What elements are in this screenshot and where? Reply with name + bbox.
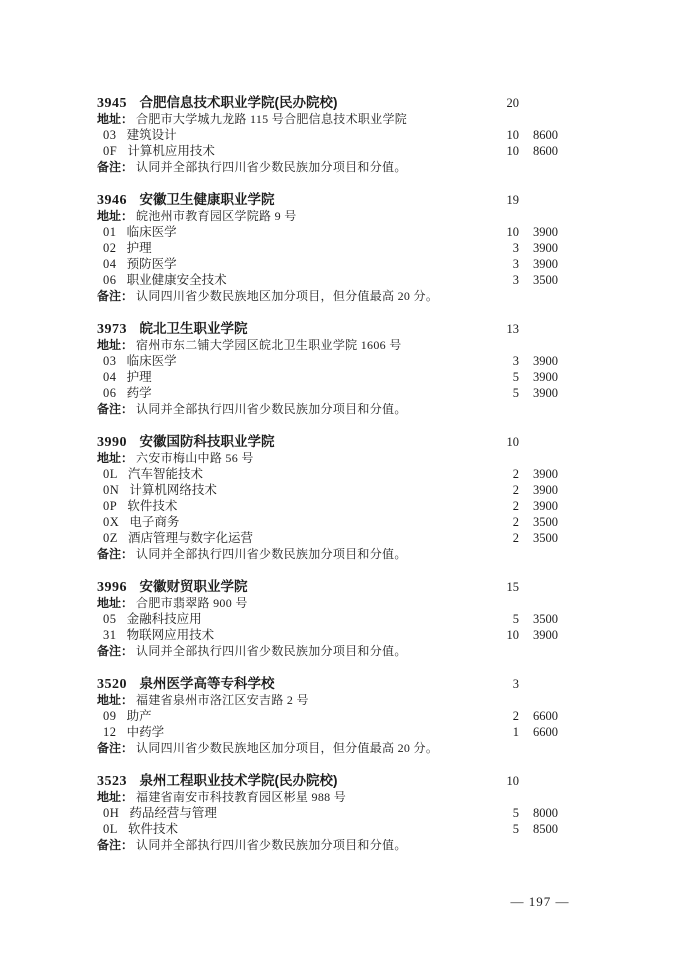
- major-fee: 3500: [494, 530, 558, 546]
- major-code: 09: [103, 709, 117, 723]
- major-fee: 3900: [494, 482, 558, 498]
- college-block: 3523 泉州工程职业技术学院(民办院校) 10 地址： 福建省南安市科技教育园…: [0, 773, 680, 853]
- major-row: 01 临床医学 10 3900: [0, 224, 680, 240]
- major-code: 04: [103, 257, 117, 271]
- address-text: 福建省泉州市洛江区安吉路 2 号: [136, 693, 309, 707]
- major-row: 0F 计算机应用技术 10 8600: [0, 143, 680, 159]
- major-row: 0P 软件技术 2 3900: [0, 498, 680, 514]
- major-fee: 6600: [494, 708, 558, 724]
- major-list: 03 临床医学 3 3900 04 护理 5 3900 06 药学 5 3900: [0, 353, 680, 401]
- major-code: 0H: [103, 806, 119, 820]
- major-fee: 3900: [494, 240, 558, 256]
- major-fee: 6600: [494, 724, 558, 740]
- address-row: 地址： 皖池州市教育园区学院路 9 号: [0, 208, 680, 224]
- address-text: 合肥市翡翠路 900 号: [136, 596, 248, 610]
- address-row: 地址： 合肥市大学城九龙路 115 号合肥信息技术职业学院: [0, 111, 680, 127]
- remark-text: 认同并全部执行四川省少数民族加分项目和分值。: [136, 547, 407, 561]
- college-name: 安徽国防科技职业学院: [140, 434, 275, 449]
- address-label: 地址：: [97, 451, 133, 465]
- college-title-row: 3945 合肥信息技术职业学院(民办院校) 20: [0, 95, 680, 111]
- major-fee: 3900: [494, 498, 558, 514]
- major-fee: 3900: [494, 256, 558, 272]
- address-label: 地址：: [97, 338, 133, 352]
- college-name: 安徽卫生健康职业学院: [140, 192, 275, 207]
- major-code: 03: [103, 128, 117, 142]
- major-code: 0Z: [103, 531, 118, 545]
- major-row: 06 职业健康安全技术 3 3500: [0, 272, 680, 288]
- major-row: 0N 计算机网络技术 2 3900: [0, 482, 680, 498]
- remark-label: 备注：: [97, 402, 133, 416]
- college-code: 3523: [97, 774, 127, 789]
- college-name: 皖北卫生职业学院: [140, 321, 248, 336]
- college-total-quota: 3: [455, 676, 519, 692]
- major-list: 05 金融科技应用 5 3500 31 物联网应用技术 10 3900: [0, 611, 680, 643]
- address-label: 地址：: [97, 790, 133, 804]
- major-code: 02: [103, 241, 117, 255]
- college-block: 3973 皖北卫生职业学院 13 地址： 宿州市东二铺大学园区皖北卫生职业学院 …: [0, 321, 680, 417]
- major-name: 计算机应用技术: [127, 144, 215, 158]
- address-label: 地址：: [97, 112, 133, 126]
- major-row: 02 护理 3 3900: [0, 240, 680, 256]
- major-fee: 3900: [494, 369, 558, 385]
- college-title-row: 3523 泉州工程职业技术学院(民办院校) 10: [0, 773, 680, 789]
- major-list: 01 临床医学 10 3900 02 护理 3 3900 04 预防医学 3 3…: [0, 224, 680, 288]
- college-name: 合肥信息技术职业学院(民办院校): [140, 95, 338, 110]
- remark-label: 备注：: [97, 160, 133, 174]
- address-text: 皖池州市教育园区学院路 9 号: [136, 209, 297, 223]
- college-total-quota: 10: [455, 773, 519, 789]
- major-name: 物联网应用技术: [127, 628, 215, 642]
- major-name: 软件技术: [127, 499, 177, 513]
- remark-row: 备注： 认同四川省少数民族地区加分项目，但分值最高 20 分。: [0, 288, 680, 304]
- address-row: 地址： 六安市梅山中路 56 号: [0, 450, 680, 466]
- college-title-row: 3996 安徽财贸职业学院 15: [0, 579, 680, 595]
- major-name: 建筑设计: [127, 128, 177, 142]
- major-name: 临床医学: [127, 225, 177, 239]
- major-row: 0X 电子商务 2 3500: [0, 514, 680, 530]
- major-name: 汽车智能技术: [128, 467, 203, 481]
- major-row: 12 中药学 1 6600: [0, 724, 680, 740]
- document-page: 3945 合肥信息技术职业学院(民办院校) 20 地址： 合肥市大学城九龙路 1…: [0, 0, 680, 961]
- major-list: 0L 汽车智能技术 2 3900 0N 计算机网络技术 2 3900 0P 软件…: [0, 466, 680, 546]
- major-fee: 3900: [494, 466, 558, 482]
- remark-row: 备注： 认同并全部执行四川省少数民族加分项目和分值。: [0, 546, 680, 562]
- major-row: 0H 药品经营与管理 5 8000: [0, 805, 680, 821]
- major-list: 03 建筑设计 10 8600 0F 计算机应用技术 10 8600: [0, 127, 680, 159]
- remark-label: 备注：: [97, 741, 133, 755]
- college-code: 3996: [97, 580, 127, 595]
- major-fee: 3900: [494, 353, 558, 369]
- major-row: 0Z 酒店管理与数字化运营 2 3500: [0, 530, 680, 546]
- major-name: 药学: [127, 386, 152, 400]
- major-code: 0F: [103, 144, 117, 158]
- remark-row: 备注： 认同并全部执行四川省少数民族加分项目和分值。: [0, 837, 680, 853]
- remark-text: 认同四川省少数民族地区加分项目，但分值最高 20 分。: [136, 289, 438, 303]
- address-label: 地址：: [97, 693, 133, 707]
- remark-text: 认同并全部执行四川省少数民族加分项目和分值。: [136, 838, 407, 852]
- major-list: 0H 药品经营与管理 5 8000 0L 软件技术 5 8500: [0, 805, 680, 837]
- college-total-quota: 20: [455, 95, 519, 111]
- college-code: 3973: [97, 322, 127, 337]
- major-row: 31 物联网应用技术 10 3900: [0, 627, 680, 643]
- address-label: 地址：: [97, 596, 133, 610]
- address-label: 地址：: [97, 209, 133, 223]
- major-code: 03: [103, 354, 117, 368]
- major-code: 12: [103, 725, 117, 739]
- address-text: 福建省南安市科技教育园区彬星 988 号: [136, 790, 346, 804]
- address-row: 地址： 福建省泉州市洛江区安吉路 2 号: [0, 692, 680, 708]
- major-fee: 3900: [494, 627, 558, 643]
- address-row: 地址： 宿州市东二铺大学园区皖北卫生职业学院 1606 号: [0, 337, 680, 353]
- major-row: 04 预防医学 3 3900: [0, 256, 680, 272]
- major-row: 05 金融科技应用 5 3500: [0, 611, 680, 627]
- address-text: 六安市梅山中路 56 号: [136, 451, 254, 465]
- remark-label: 备注：: [97, 289, 133, 303]
- major-code: 0P: [103, 499, 117, 513]
- college-list: 3945 合肥信息技术职业学院(民办院校) 20 地址： 合肥市大学城九龙路 1…: [0, 95, 680, 870]
- major-code: 0L: [103, 822, 118, 836]
- major-fee: 3500: [494, 272, 558, 288]
- major-fee: 3500: [494, 611, 558, 627]
- college-code: 3946: [97, 193, 127, 208]
- major-row: 06 药学 5 3900: [0, 385, 680, 401]
- major-name: 软件技术: [128, 822, 178, 836]
- address-text: 合肥市大学城九龙路 115 号合肥信息技术职业学院: [136, 112, 407, 126]
- address-row: 地址： 合肥市翡翠路 900 号: [0, 595, 680, 611]
- major-name: 中药学: [127, 725, 165, 739]
- college-block: 3990 安徽国防科技职业学院 10 地址： 六安市梅山中路 56 号 0L 汽…: [0, 434, 680, 562]
- remark-label: 备注：: [97, 547, 133, 561]
- major-name: 临床医学: [127, 354, 177, 368]
- college-total-quota: 13: [455, 321, 519, 337]
- major-code: 0X: [103, 515, 119, 529]
- remark-text: 认同四川省少数民族地区加分项目，但分值最高 20 分。: [136, 741, 438, 755]
- major-name: 护理: [127, 370, 152, 384]
- major-code: 31: [103, 628, 117, 642]
- college-code: 3945: [97, 96, 127, 111]
- major-name: 电子商务: [129, 515, 179, 529]
- college-name: 泉州工程职业技术学院(民办院校): [140, 773, 338, 788]
- major-fee: 8600: [494, 143, 558, 159]
- college-title-row: 3520 泉州医学高等专科学校 3: [0, 676, 680, 692]
- major-code: 0N: [103, 483, 119, 497]
- college-block: 3946 安徽卫生健康职业学院 19 地址： 皖池州市教育园区学院路 9 号 0…: [0, 192, 680, 304]
- remark-text: 认同并全部执行四川省少数民族加分项目和分值。: [136, 402, 407, 416]
- page-number: — 197 —: [465, 894, 615, 910]
- major-row: 09 助产 2 6600: [0, 708, 680, 724]
- major-fee: 3900: [494, 385, 558, 401]
- college-name: 泉州医学高等专科学校: [140, 676, 275, 691]
- major-code: 06: [103, 273, 117, 287]
- college-title-row: 3973 皖北卫生职业学院 13: [0, 321, 680, 337]
- major-row: 0L 汽车智能技术 2 3900: [0, 466, 680, 482]
- major-name: 助产: [127, 709, 152, 723]
- remark-row: 备注： 认同并全部执行四川省少数民族加分项目和分值。: [0, 159, 680, 175]
- remark-row: 备注： 认同并全部执行四川省少数民族加分项目和分值。: [0, 401, 680, 417]
- remark-label: 备注：: [97, 644, 133, 658]
- college-code: 3990: [97, 435, 127, 450]
- college-title-row: 3946 安徽卫生健康职业学院 19: [0, 192, 680, 208]
- major-code: 06: [103, 386, 117, 400]
- major-name: 护理: [127, 241, 152, 255]
- remark-row: 备注： 认同并全部执行四川省少数民族加分项目和分值。: [0, 643, 680, 659]
- college-total-quota: 15: [455, 579, 519, 595]
- address-text: 宿州市东二铺大学园区皖北卫生职业学院 1606 号: [136, 338, 402, 352]
- major-fee: 3900: [494, 224, 558, 240]
- address-row: 地址： 福建省南安市科技教育园区彬星 988 号: [0, 789, 680, 805]
- major-name: 药品经营与管理: [129, 806, 217, 820]
- major-fee: 8600: [494, 127, 558, 143]
- major-row: 03 临床医学 3 3900: [0, 353, 680, 369]
- college-code: 3520: [97, 677, 127, 692]
- major-fee: 8000: [494, 805, 558, 821]
- major-fee: 8500: [494, 821, 558, 837]
- remark-row: 备注： 认同四川省少数民族地区加分项目，但分值最高 20 分。: [0, 740, 680, 756]
- college-total-quota: 10: [455, 434, 519, 450]
- major-row: 0L 软件技术 5 8500: [0, 821, 680, 837]
- college-total-quota: 19: [455, 192, 519, 208]
- major-row: 03 建筑设计 10 8600: [0, 127, 680, 143]
- college-title-row: 3990 安徽国防科技职业学院 10: [0, 434, 680, 450]
- major-name: 预防医学: [127, 257, 177, 271]
- major-name: 职业健康安全技术: [127, 273, 227, 287]
- major-code: 0L: [103, 467, 118, 481]
- college-name: 安徽财贸职业学院: [140, 579, 248, 594]
- remark-text: 认同并全部执行四川省少数民族加分项目和分值。: [136, 160, 407, 174]
- major-name: 计算机网络技术: [129, 483, 217, 497]
- major-name: 金融科技应用: [127, 612, 202, 626]
- major-code: 01: [103, 225, 117, 239]
- major-fee: 3500: [494, 514, 558, 530]
- major-name: 酒店管理与数字化运营: [128, 531, 253, 545]
- remark-label: 备注：: [97, 838, 133, 852]
- college-block: 3996 安徽财贸职业学院 15 地址： 合肥市翡翠路 900 号 05 金融科…: [0, 579, 680, 659]
- college-block: 3520 泉州医学高等专科学校 3 地址： 福建省泉州市洛江区安吉路 2 号 0…: [0, 676, 680, 756]
- remark-text: 认同并全部执行四川省少数民族加分项目和分值。: [136, 644, 407, 658]
- major-row: 04 护理 5 3900: [0, 369, 680, 385]
- college-block: 3945 合肥信息技术职业学院(民办院校) 20 地址： 合肥市大学城九龙路 1…: [0, 95, 680, 175]
- major-code: 04: [103, 370, 117, 384]
- major-code: 05: [103, 612, 117, 626]
- major-list: 09 助产 2 6600 12 中药学 1 6600: [0, 708, 680, 740]
